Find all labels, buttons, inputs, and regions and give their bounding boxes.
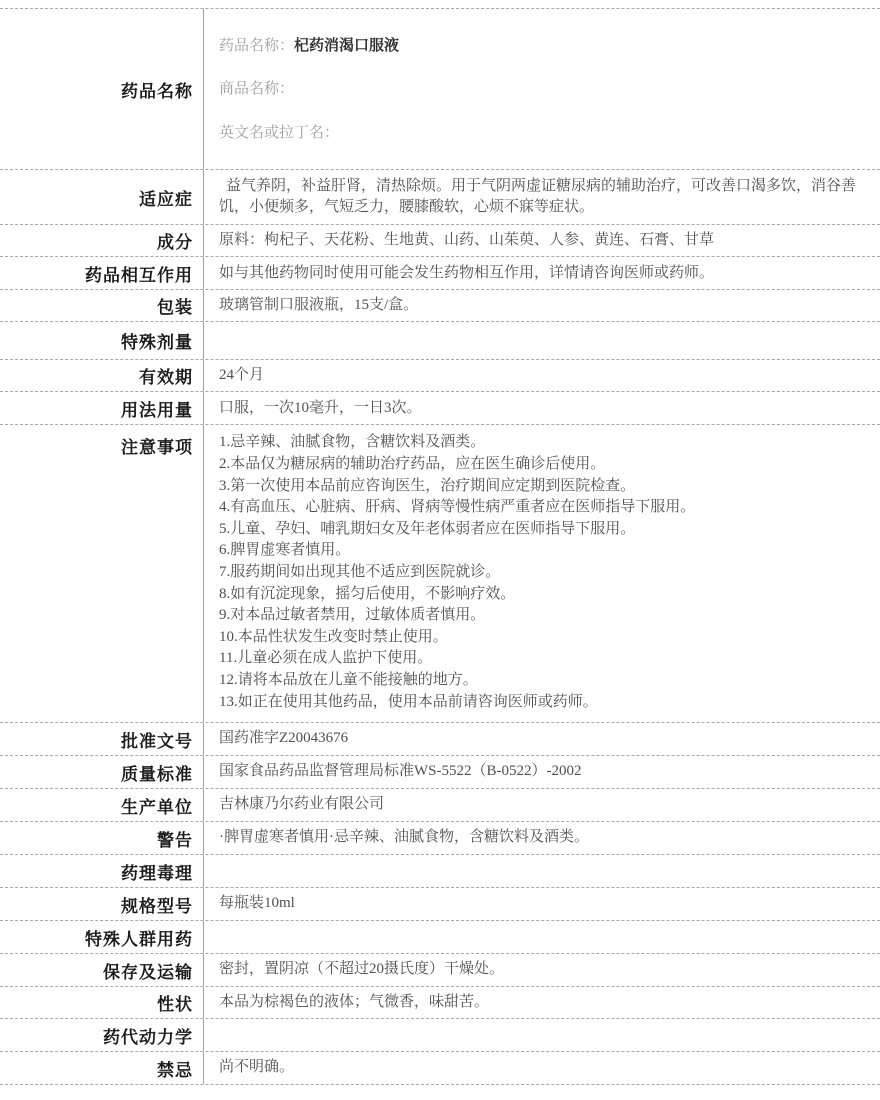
row-value: 药品名称：杞药消渴口服液 商品名称： 英文名或拉丁名： <box>204 9 880 169</box>
drug-name: 杞药消渴口服液 <box>294 38 399 54</box>
row-value <box>204 337 880 345</box>
row-manufacturer: 生产单位 吉林康乃尔药业有限公司 <box>0 788 880 821</box>
english-name-line: 英文名或拉丁名： <box>219 122 860 144</box>
row-shelf-life: 有效期 24个月 <box>0 359 880 391</box>
row-quality-standard: 质量标准 国家食品药品监督管理局标准WS-5522（B-0522）-2002 <box>0 755 880 788</box>
row-pharmacology-toxicology: 药理毒理 <box>0 854 880 887</box>
row-interactions: 药品相互作用 如与其他药物同时使用可能会发生药物相互作用，详情请咨询医师或药师。 <box>0 256 880 289</box>
row-label: 成分 <box>0 225 204 256</box>
row-label: 规格型号 <box>0 888 204 920</box>
row-dosage-usage: 用法用量 口服，一次10毫升，一日3次。 <box>0 391 880 424</box>
row-contraindications: 禁忌 尚不明确。 <box>0 1051 880 1084</box>
row-label: 特殊剂量 <box>0 322 204 359</box>
drug-name-line: 药品名称：杞药消渴口服液 <box>219 35 860 57</box>
row-value: 每瓶装10ml <box>204 889 880 919</box>
row-value: 吉林康乃尔药业有限公司 <box>204 790 880 820</box>
row-label: 性状 <box>0 987 204 1018</box>
row-label: 特殊人群用药 <box>0 921 204 953</box>
row-label: 药理毒理 <box>0 855 204 887</box>
row-label: 警告 <box>0 822 204 854</box>
row-label: 药代动力学 <box>0 1019 204 1051</box>
row-value <box>204 933 880 941</box>
row-approval-number: 批准文号 国药准字Z20043676 <box>0 722 880 755</box>
row-value: 口服，一次10毫升，一日3次。 <box>204 394 880 424</box>
row-special-dosage: 特殊剂量 <box>0 321 880 359</box>
row-value: 密封，置阴凉（不超过20摄氏度）干燥处。 <box>204 955 880 985</box>
row-pharmacokinetics: 药代动力学 <box>0 1018 880 1051</box>
row-value <box>204 867 880 875</box>
row-precautions: 注意事项 1.忌辛辣、油腻食物，含糖饮料及酒类。 2.本品仅为糖尿病的辅助治疗药… <box>0 424 880 722</box>
row-label: 包装 <box>0 290 204 321</box>
row-value: 益气养阴，补益肝肾，清热除烦。用于气阴两虚证糖尿病的辅助治疗，可改善口渴多饮，消… <box>204 172 880 223</box>
row-label: 生产单位 <box>0 789 204 821</box>
row-value: 玻璃管制口服液瓶，15支/盒。 <box>204 291 880 321</box>
row-label: 用法用量 <box>0 392 204 424</box>
row-label: 有效期 <box>0 360 204 391</box>
row-packaging: 包装 玻璃管制口服液瓶，15支/盒。 <box>0 289 880 321</box>
row-value: 原料：枸杞子、天花粉、生地黄、山药、山茱萸、人参、黄连、石膏、甘草 <box>204 226 880 256</box>
row-drug-name: 药品名称 药品名称：杞药消渴口服液 商品名称： 英文名或拉丁名： <box>0 8 880 169</box>
trade-name-line: 商品名称： <box>219 78 860 100</box>
row-storage-transport: 保存及运输 密封，置阴凉（不超过20摄氏度）干燥处。 <box>0 953 880 986</box>
row-label: 批准文号 <box>0 723 204 755</box>
row-specification: 规格型号 每瓶装10ml <box>0 887 880 920</box>
row-label: 质量标准 <box>0 756 204 788</box>
row-value: 如与其他药物同时使用可能会发生药物相互作用，详情请咨询医师或药师。 <box>204 259 880 289</box>
row-value: ·脾胃虚寒者慎用·忌辛辣、油腻食物，含糖饮料及酒类。 <box>204 823 880 853</box>
row-label: 保存及运输 <box>0 954 204 986</box>
row-value: 尚不明确。 <box>204 1053 880 1083</box>
row-value: 国药准字Z20043676 <box>204 724 880 754</box>
row-special-populations: 特殊人群用药 <box>0 920 880 953</box>
row-label: 注意事项 <box>0 425 204 722</box>
row-label: 药品相互作用 <box>0 257 204 289</box>
drug-name-prefix: 药品名称： <box>219 38 294 54</box>
row-value <box>204 1031 880 1039</box>
row-description: 性状 本品为棕褐色的液体；气微香，味甜苦。 <box>0 986 880 1018</box>
row-warning: 警告 ·脾胃虚寒者慎用·忌辛辣、油腻食物，含糖饮料及酒类。 <box>0 821 880 854</box>
row-label: 适应症 <box>0 170 204 224</box>
drug-info-table: 药品名称 药品名称：杞药消渴口服液 商品名称： 英文名或拉丁名： 适应症 益气养… <box>0 8 880 1085</box>
row-ingredients: 成分 原料：枸杞子、天花粉、生地黄、山药、山茱萸、人参、黄连、石膏、甘草 <box>0 224 880 256</box>
row-value: 本品为棕褐色的液体；气微香，味甜苦。 <box>204 988 880 1018</box>
row-label: 禁忌 <box>0 1052 204 1084</box>
row-value: 国家食品药品监督管理局标准WS-5522（B-0522）-2002 <box>204 757 880 787</box>
row-indications: 适应症 益气养阴，补益肝肾，清热除烦。用于气阴两虚证糖尿病的辅助治疗，可改善口渴… <box>0 169 880 224</box>
drug-info-page: 药品名称 药品名称：杞药消渴口服液 商品名称： 英文名或拉丁名： 适应症 益气养… <box>0 8 880 1100</box>
row-label: 药品名称 <box>0 9 204 169</box>
row-value: 24个月 <box>204 361 880 391</box>
row-value: 1.忌辛辣、油腻食物，含糖饮料及酒类。 2.本品仅为糖尿病的辅助治疗药品，应在医… <box>204 425 880 722</box>
